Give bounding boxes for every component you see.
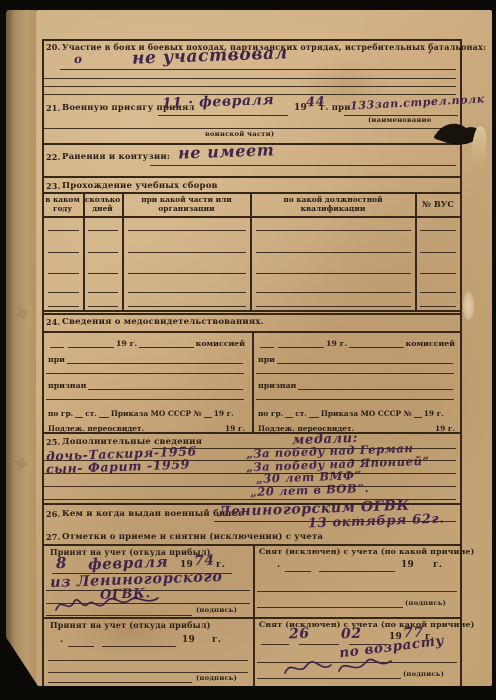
section-27-number: 27. [46,532,61,542]
ruled-line [44,485,456,487]
ruled-line [256,372,454,374]
handwritten-mark: о [74,52,83,66]
commission-label: комиссией [196,339,245,348]
photo-edge-bottom [0,686,496,700]
ruled-line [46,372,244,374]
cell-accepted-2: Принят на учет (откуда прибыл) . 19 г. (… [44,617,253,686]
ruled-line [88,251,118,253]
ruled-line [256,398,454,400]
year-label: 19 [214,409,224,418]
form-border-top [42,39,462,41]
section-22-label: Ранения и контузии: [62,152,170,162]
ruled-line [48,681,192,683]
handwritten-day: 26 [289,626,310,643]
handwritten-day: 8 [56,554,68,572]
ruled-line [158,114,288,116]
photo-edge-left [0,0,6,700]
commission-label: комиссией [406,339,455,348]
date-dot: . [277,560,280,570]
section-divider [42,432,462,434]
section-27-title: Отметки о приеме и снятии (исключении) с… [62,532,323,542]
signature-scribble [52,592,182,616]
ruled-line [128,229,246,231]
cell-removed-1: Снят (исключен) с учета (по какой причин… [253,544,461,617]
ruled-line [420,229,456,231]
ruled-line [256,305,411,307]
ruled-line [44,472,456,474]
section-20-number: 20. [46,42,61,52]
po-gr-label: по гр. [258,409,283,418]
pri-label: при [48,355,65,364]
ruled-line [256,251,411,253]
year-label: 19 [116,339,127,348]
ruled-line [88,229,118,231]
po-gr-label: по гр. [48,409,73,418]
ruled-line [48,659,248,661]
ruled-line [44,77,456,79]
ruled-line [420,305,456,307]
ruled-line [48,291,79,293]
section-26-number: 26. [46,509,61,519]
signature-label: (подпись) [405,599,446,607]
section-24-number: 24. [46,317,61,327]
st-label: ст. [295,409,307,418]
ruled-line [257,590,457,592]
prikaz-label: Приказа МО СССР № [111,409,202,418]
ruled-line [257,606,403,608]
pri-label: при [258,355,275,364]
photo-edge-right [492,0,496,700]
ruled-line [46,398,244,400]
ruled-line [88,291,118,293]
ruled-line [60,68,456,70]
section-21-after-year: г. при [320,103,351,113]
handwritten-month: 02 [341,626,362,643]
ruled-line [48,671,248,673]
medical-column-left: 19 г.комиссией при признан по гр.ст.Прик… [44,332,251,432]
section-23-title: Прохождение учебных сборов [62,181,218,191]
ruled-line [420,251,456,253]
year-g: г. [340,339,348,348]
signature-label: (подпись) [403,670,444,678]
section-22-number: 22. [46,152,61,162]
ruled-line [128,272,246,274]
ruled-line [128,251,246,253]
printed-year-19: 19 [182,635,195,645]
ruled-line [319,570,395,572]
signature-label: (подпись) [196,674,237,682]
document-photo: ✦ ✦ 20. Участие в боях и боевых походах,… [0,0,496,700]
table-border [42,310,462,312]
table-header-days: сколько дней [84,194,121,215]
section-26-label: Кем и когда выдан военный билет [62,509,243,519]
date-dot: . [60,635,63,645]
table-header-year: в каком году [43,194,82,215]
ruled-line [420,291,456,293]
signature-label: (подпись) [196,606,237,614]
ruled-line [48,305,79,307]
ruled-line [48,251,79,253]
ruled-line [420,272,456,274]
year-g: г. [437,409,444,418]
year-label: 19 [326,339,337,348]
ruled-line [128,291,246,293]
section-24-title: Сведения о медосвидетельствованиях. [62,317,264,327]
table-header-unit: при какой части или организации [124,194,249,215]
ruled-line [68,645,94,647]
section-divider [42,176,462,178]
note-voinskoy-chasti: воинской части) [205,130,274,138]
table-header-qualification: по какой должностной квалификации [252,194,414,215]
ruled-line [256,272,411,274]
ruled-line [128,305,246,307]
ruled-line [150,164,456,166]
ruled-line [44,85,456,87]
handwritten-tick: ’ [428,48,433,62]
section-23-number: 23. [46,181,61,191]
table-header-vus: № ВУС [416,194,460,215]
ruled-line [261,643,289,645]
cell-accepted-1: Принят на учет (откуда прибыл) 8 февраля… [44,544,253,617]
ruled-line [44,127,456,129]
section-21-number: 21. [46,103,61,113]
handwritten-year: 74 [194,553,215,570]
ruled-line [256,291,411,293]
year-g: г. [227,409,234,418]
paper-blister [463,292,474,320]
printed-year-19: 19 [401,560,414,570]
handwritten-no-wounds: не имеет [178,140,275,162]
photo-edge-top [0,0,496,10]
cell-removed-2: Снят (исключен) с учета (по какой причин… [253,617,461,686]
table-border [42,216,462,218]
ruled-line [48,229,79,231]
year-label: 19 [424,409,434,418]
priznan-label: признан [258,381,296,390]
accepted-header: Принят на учет (откуда прибыл) [50,620,211,630]
ruled-line [285,570,311,572]
ruled-line [299,643,339,645]
note-naimenovanie: (наименование [368,116,431,124]
ruled-line [44,459,456,461]
ruled-line [102,645,176,647]
ruled-line [257,677,401,679]
prikaz-label: Приказа МО СССР № [321,409,412,418]
ruled-line [256,229,411,231]
underlying-page-edge [6,10,36,686]
section-divider [42,313,462,315]
section-25-number: 25. [46,437,61,447]
ruled-line [88,272,118,274]
printed-year-19: 19 [294,103,307,113]
printed-g: г. [433,560,442,570]
st-label: ст. [85,409,97,418]
ruled-line [88,305,118,307]
ruled-line [48,272,79,274]
priznan-label: признан [48,381,86,390]
medical-column-right: 19 г.комиссией при признан по гр.ст.Прик… [254,332,461,432]
year-g: г. [130,339,138,348]
removed-header: Снят (исключен) с учета (по какой причин… [259,547,475,556]
ruled-line [46,614,192,616]
printed-g: г. [212,635,221,645]
